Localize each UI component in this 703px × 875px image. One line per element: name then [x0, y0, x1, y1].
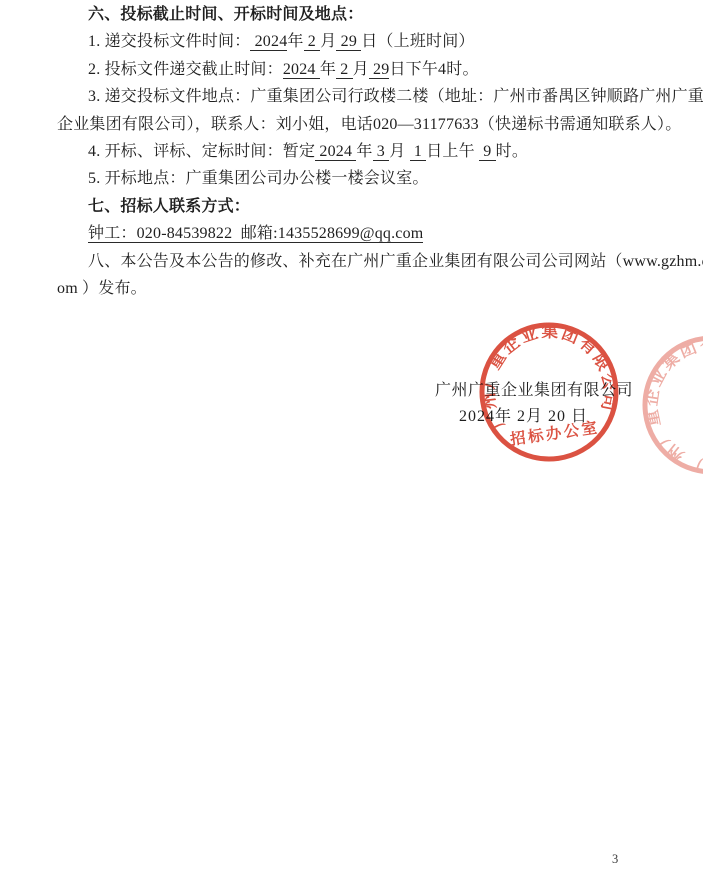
section-6-heading: 六、投标截止时间、开标时间及地点：	[57, 1, 663, 28]
signature-company-name: 广州广重企业集团有限公司	[435, 377, 633, 400]
section-7-heading: 七、招标人联系方式：	[57, 193, 663, 220]
underlined-date-segment: 1	[410, 143, 427, 161]
underlined-date-segment: 2024	[315, 143, 356, 161]
text-segment: 月	[389, 143, 409, 160]
underlined-date-segment: 3	[373, 143, 390, 161]
text-segment: 月	[353, 61, 369, 78]
text-segment: 时。	[496, 143, 528, 160]
document-page: 六、投标截止时间、开标时间及地点： 1. 递交投标文件时间： 2024年 2 月…	[0, 0, 703, 875]
underlined-date-segment: 29	[369, 61, 390, 79]
company-seal-ghost-icon: 广州广重企业集团有限公司 招标办公室	[600, 293, 703, 518]
text-segment: 4. 开标、评标、定标时间：暂定	[88, 143, 315, 160]
item-1-line: 1. 递交投标文件时间： 2024年 2 月 29 日（上班时间）	[57, 28, 663, 55]
text-segment: 日（上班时间）	[361, 33, 474, 50]
underlined-date-segment: 2	[304, 33, 321, 51]
signature-date: 2024年 2月 20 日	[459, 403, 588, 426]
page-number: 3	[612, 852, 618, 867]
underlined-date-segment: 2024	[250, 33, 287, 51]
underlined-date-segment: 2	[336, 61, 353, 79]
text-segment: 年	[356, 143, 372, 160]
announcement-text-block: 六、投标截止时间、开标时间及地点： 1. 递交投标文件时间： 2024年 2 月…	[57, 1, 663, 302]
contact-line: 钟工：020-84539822 邮箱:1435528699@qq.com	[57, 220, 663, 247]
item-3-line-2: 企业集团有限公司），联系人：刘小姐，电话020—31177633（快递标书需通知…	[57, 111, 663, 138]
text-segment: 日下午4时。	[389, 61, 478, 78]
text-segment: 月	[320, 33, 336, 50]
seal-ring-circle	[618, 311, 703, 499]
text-segment: 2. 投标文件递交截止时间：	[88, 61, 283, 78]
contact-underlined-text: 钟工：020-84539822 邮箱:1435528699@qq.com	[88, 225, 423, 243]
item-4-line: 4. 开标、评标、定标时间：暂定 2024 年 3 月 1 日上午 9 时。	[57, 138, 663, 165]
item-2-line: 2. 投标文件递交截止时间：2024 年 2 月 29日下午4时。	[57, 56, 663, 83]
text-segment: 日上午	[426, 143, 479, 160]
item-5-line: 5. 开标地点：广重集团公司办公楼一楼会议室。	[57, 165, 663, 192]
text-segment: 年	[320, 61, 336, 78]
item-8-line-1: 八、本公告及本公告的修改、补充在广州广重企业集团有限公司公司网站（www.gzh…	[57, 248, 663, 275]
text-segment: 年	[287, 33, 303, 50]
underlined-date-segment: 9	[479, 143, 496, 161]
text-segment: 1. 递交投标文件时间：	[88, 33, 250, 50]
underlined-date-segment: 2024	[283, 61, 320, 79]
item-3-line-1: 3. 递交投标文件地点：广重集团公司行政楼二楼（地址：广州市番禺区钟顺路广州广重	[57, 83, 663, 110]
item-8-line-2: om ）发布。	[57, 275, 663, 302]
underlined-date-segment: 29	[336, 33, 361, 51]
